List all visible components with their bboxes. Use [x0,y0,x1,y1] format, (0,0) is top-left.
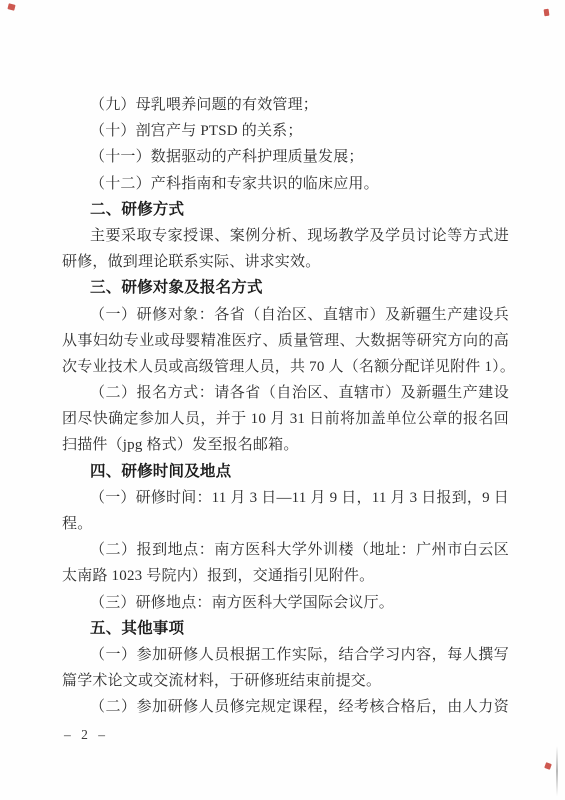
red-scan-mark-bottom-right [544,762,552,770]
doc-line: （一）参加研修人员根据工作实际，结合学习内容，每人撰写 1 [62,642,509,668]
doc-line: （三）研修地点：南方医科大学国际会议厅。 [62,590,509,616]
doc-line: （十）剖宫产与 PTSD 的关系； [62,118,509,144]
section-heading: 三、研修对象及报名方式 [62,275,509,301]
doc-line: 程。 [62,511,509,537]
doc-line: （九）母乳喂养问题的有效管理； [62,92,509,118]
scan-edge-shadow [556,746,558,796]
doc-line: 篇学术论文或交流材料，于研修班结束前提交。 [62,668,509,694]
doc-line: 扫描件（jpg 格式）发至报名邮箱。 [62,432,509,458]
doc-line: （一）研修对象：各省（自治区、直辖市）及新疆生产建设兵团 [62,302,509,328]
doc-line: 团尽快确定参加人员，并于 10 月 31 日前将加盖单位公章的报名回执 [62,406,509,432]
document-body: （九）母乳喂养问题的有效管理； （十）剖宫产与 PTSD 的关系； （十一）数据… [62,92,509,721]
doc-line: 次专业技术人员或高级管理人员，共 70 人（名额分配详见附件 1）。 [62,354,509,380]
doc-line: （二）报名方式：请各省（自治区、直辖市）及新疆生产建设兵 [62,380,509,406]
doc-line: （二）参加研修人员修完规定课程，经考核合格后，由人力资源 [62,694,509,720]
doc-line: 主要采取专家授课、案例分析、现场教学及学员讨论等方式进行 [62,223,509,249]
doc-line: （二）报到地点：南方医科大学外训楼（地址：广州市白云区沙 [62,537,509,563]
section-heading: 二、研修方式 [62,197,509,223]
doc-line: 从事妇幼专业或母婴精准医疗、质量管理、大数据等研究方向的高层 [62,328,509,354]
red-scan-mark-top-left [7,3,15,11]
doc-line: （十一）数据驱动的产科护理质量发展； [62,144,509,170]
section-heading: 五、其他事项 [62,616,509,642]
red-scan-mark-top-right [544,9,550,17]
scanned-document-page: （九）母乳喂养问题的有效管理； （十）剖宫产与 PTSD 的关系； （十一）数据… [0,0,565,800]
doc-line: （一）研修时间：11 月 3 日—11 月 9 日，11 月 3 日报到，9 日… [62,485,509,511]
doc-line: 研修，做到理论联系实际、讲求实效。 [62,249,509,275]
section-heading: 四、研修时间及地点 [62,459,509,485]
doc-line: （十二）产科指南和专家共识的临床应用。 [62,171,509,197]
page-number: – 2 – [64,727,107,743]
doc-line: 太南路 1023 号院内）报到，交通指引见附件。 [62,563,509,589]
